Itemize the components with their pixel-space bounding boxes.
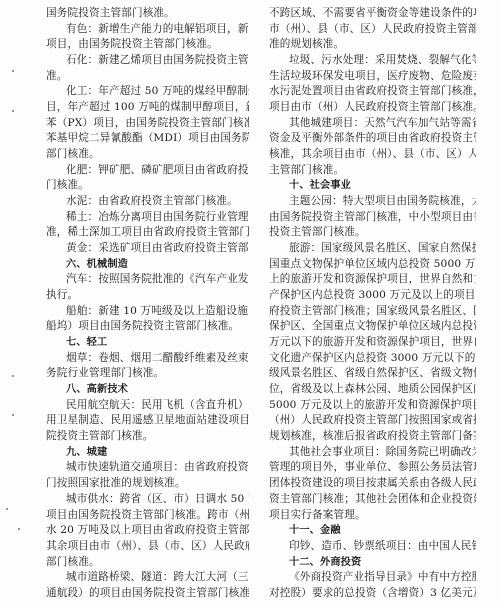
text-line: 上的旅游开发和资源保护项目，世界自然和文化遗 [269, 272, 476, 288]
text-line: 资金及平衡外部条件的项目由省政府投资主管部门 [269, 131, 476, 147]
text-line: 城市供水：跨省（区、市）日调水 50 万吨及以上 [46, 492, 249, 508]
right-text-column: 不跨区域、不需要省平衡资金等建设条件的项目由市（州）、县（市、区）人民政府投资主… [269, 6, 476, 602]
scan-speck [12, 70, 14, 72]
text-line: 对控股）要求的总投资（含增资）3 亿美元及以上鼓 [269, 586, 476, 602]
text-line: 用卫星制造、民用遥感卫星地面站建设项目，由国务 [46, 413, 249, 429]
text-line: 项目由国务院投资主管部门核准。跨市（州）日调 [46, 508, 249, 524]
text-line: 院投资主管部门核准。 [46, 429, 249, 445]
text-line: 苯（PX）项目，由国务院投资主管部门核准；新建二 [46, 116, 249, 132]
section-heading: 十、社会事业 [269, 178, 476, 194]
text-line: 准，稀土深加工项目由省政府投资主管部门核准。 [46, 225, 249, 241]
text-line: 务院行业管理部门核准。 [46, 366, 249, 382]
text-line: 汽车：按照国务院批准的《汽车产业发展政策》 [46, 272, 249, 288]
scan-speck [18, 528, 20, 530]
text-line: 城市快速轨道交通项目：由省政府投资主管部 [46, 460, 249, 476]
text-line: 核准，其余项目由市（州）、县（市、区）人民政府投资 [269, 147, 476, 163]
scan-speck [6, 508, 8, 510]
text-line: 旅游：国家级风景名胜区、国家自然保护区、全 [269, 241, 476, 257]
text-line: 城市道路桥梁、隧道：跨大江大河（三级及以上 [46, 570, 249, 586]
text-line: 产保护区内总投资 3000 万元及以上的项目，由省政 [269, 288, 476, 304]
left-text-column: 国务院投资主管部门核准。有色：新增生产能力的电解铝项目，新建氧化铝项目，由国务院… [46, 6, 249, 602]
text-line: 苯基甲烷二异氰酸酯（MDI）项目由国务院行业管理 [46, 131, 249, 147]
text-line: 保护区、全国重点文物保护单位区域内总投资 5000 [269, 319, 476, 335]
text-line: 国重点文物保护单位区域内总投资 5000 万元及以 [269, 257, 476, 273]
text-line: 规划核准，核准后报省政府投资主管部门备案。 [269, 429, 476, 445]
text-line: 市（州）、县（市、区）人民政府投资主管部门按照批 [269, 22, 476, 38]
text-line: 垃圾、污水处理：采用焚烧、裂解气化等工艺的 [269, 53, 476, 69]
text-line: 投资主管部门核准。 [269, 225, 476, 241]
text-line: 主题公园：特大型项目由国务院核准，大型项目 [269, 194, 476, 210]
section-heading: 七、轻工 [46, 335, 249, 351]
text-line: 资主管部门核准；其他社会团体和企业投资建设的 [269, 492, 476, 508]
text-line: 执行。 [46, 288, 249, 304]
text-line: 民用航空航天：民用飞机（含直升机）制造、民 [46, 398, 249, 414]
text-line: 目，年产超过 100 万吨的煤制甲醇项目，新建对二甲 [46, 100, 249, 116]
text-line: 稀土：冶炼分离项目由国务院行业管理部门核 [46, 210, 249, 226]
text-line: 水 20 万吨及以上项目由省政府投资主管部门核准。 [46, 523, 249, 539]
document-page: 国务院投资主管部门核准。有色：新增生产能力的电解铝项目，新建氧化铝项目，由国务院… [0, 0, 500, 606]
text-line: 万元以下的旅游开发和资源保护项目，世界自然和 [269, 335, 476, 351]
text-line: 石化：新建乙烯项目由国务院投资主管部门核 [46, 53, 249, 69]
section-heading: 十二、外商投资 [269, 555, 476, 571]
text-line: 《外商投资产业指导目录》中有中方控股（含相 [269, 570, 476, 586]
text-line: 国务院投资主管部门核准。 [46, 6, 249, 22]
text-line: 由国务院投资主管部门核准，中小型项目由省政府 [269, 210, 476, 226]
text-line: 项目实行备案管理。 [269, 508, 476, 524]
text-line: 团体投资建设的项目按隶属关系由各级人民政府投 [269, 476, 476, 492]
text-line: 部门核准。 [46, 147, 249, 163]
section-heading: 九、城建 [46, 445, 249, 461]
text-line: 项目，由国务院投资主管部门核准。 [46, 37, 249, 53]
text-line: 有色：新增生产能力的电解铝项目，新建氧化铝 [46, 22, 249, 38]
text-line: 通航段）的项目由国务院投资主管部门核准。其余 [46, 586, 249, 602]
text-line: 文化遗产保护区内总投资 3000 万元以下的项目，省 [269, 351, 476, 367]
text-line: 船舶：新建 10 万吨级及以上造船设施（船台、 [46, 304, 249, 320]
text-line: 主管部门核准。 [269, 163, 476, 179]
text-line: 部门核准。 [46, 555, 249, 571]
text-line: 门核准。 [46, 178, 249, 194]
text-line: 5000 万元及以上的旅游开发和资源保护项目由市 [269, 398, 476, 414]
text-line: 门按照国家批准的规划核准。 [46, 476, 249, 492]
text-line: 船坞）项目由国务院投资主管部门核准。 [46, 319, 249, 335]
text-line: 项目由市（州）人民政府投资主管部门核准。 [269, 100, 476, 116]
text-line: 管理的项目外，事业单位、参照公务员法管理的社会 [269, 460, 476, 476]
text-line: 级风景名胜区、省级自然保护区、省级文物保护单 [269, 366, 476, 382]
text-line: 烟草：卷烟、烟用二醋酸纤维素及丝束项目由国 [46, 351, 249, 367]
section-heading: 十一、金融 [269, 523, 476, 539]
text-line: 其他社会事业项目：除国务院已明确改为备案 [269, 445, 476, 461]
text-line: 黄金：采选矿项目由省政府投资主管部门核准。 [46, 241, 249, 257]
text-line: 生活垃圾环保发电项目，医疗废物、危险废弃物及污 [269, 69, 476, 85]
text-line: 其余项目由市（州）、县（市、区）人民政府投资主管 [46, 539, 249, 555]
text-line: 准的规划核准。 [269, 37, 476, 53]
scan-speck [12, 375, 14, 377]
text-line: 化工：年产超过 50 万吨的煤经甲醇制烯烃项 [46, 84, 249, 100]
text-line: 不跨区域、不需要省平衡资金等建设条件的项目由 [269, 6, 476, 22]
scan-speck [12, 414, 14, 416]
scan-speck [12, 110, 14, 112]
text-line: （州）人民政府投资主管部门按照国家或省批准的 [269, 413, 476, 429]
text-line: 水泥：由省政府投资主管部门核准。 [46, 194, 249, 210]
text-line: 府投资主管部门核准；国家级风景名胜区、国家自然 [269, 304, 476, 320]
section-heading: 六、机械制造 [46, 257, 249, 273]
text-line: 印钞、造币、钞票纸项目：由中国人民银行核准。 [269, 539, 476, 555]
section-heading: 八、高新技术 [46, 382, 249, 398]
text-line: 位，省级及以上森林公园、地质公园保护区内总投资 [269, 382, 476, 398]
text-line: 水污泥处置项目由省政府投资主管部门核准，其余 [269, 84, 476, 100]
text-line: 其他城建项目：天然气汽车加气站等需省协调 [269, 116, 476, 132]
text-line: 化肥：钾矿肥、磷矿肥项目由省政府投资主管部 [46, 163, 249, 179]
text-line: 准。 [46, 69, 249, 85]
